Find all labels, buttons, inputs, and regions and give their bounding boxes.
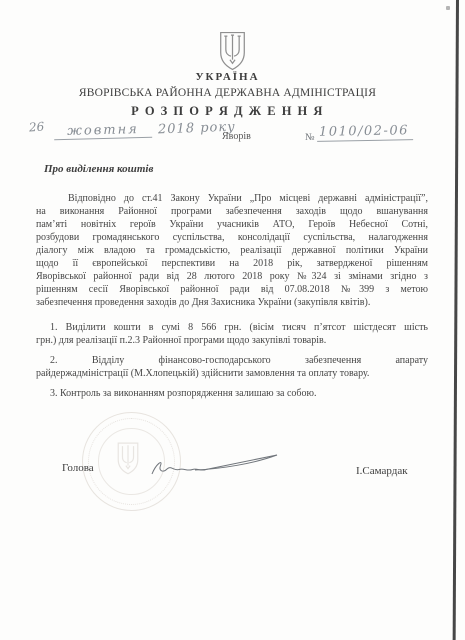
body-line: розбудови громадянського суспільства, ко… (36, 231, 428, 244)
item-1-paragraph: 1. Виділити кошти в сумі 8 566 грн. (віс… (36, 321, 428, 347)
scan-speck (446, 6, 450, 10)
handwritten-day: 26 (29, 119, 45, 134)
body-line: рішенням сесії Яворівської районної ради… (36, 283, 428, 296)
body-line: 1. Виділити кошти в сумі 8 566 грн. (віс… (36, 321, 428, 334)
city-label: Яворів (222, 131, 251, 142)
seal-trident-icon (115, 441, 141, 475)
body-line: Яворівської районної ради від 28 лютого … (36, 270, 428, 283)
body-line: щодо її європейської перспективи на 2018… (36, 257, 428, 270)
organization-title: ЯВОРІВСЬКА РАЙОННА ДЕРЖАВНА АДМІНІСТРАЦІ… (0, 87, 455, 99)
document-type-title: Р О З П О Р Я Д Ж Е Н Н Я (0, 104, 455, 119)
item-3-paragraph: 3. Контроль за виконанням розпорядження … (36, 387, 428, 400)
body-line: 3. Контроль за виконанням розпорядження … (36, 387, 428, 400)
signer-name: І.Самардак (356, 465, 408, 477)
body-line: 2. Відділу фінансово-господарського забе… (36, 354, 428, 367)
subject-line: Про виділення коштів (44, 163, 153, 175)
body-line: пам’яті новітніх героїв України учасникі… (36, 218, 428, 231)
body-line: райдержадміністрації (М.Хлопецькій) здій… (36, 367, 428, 380)
body-line: забезпечення проведення заходів до Дня З… (36, 296, 428, 309)
country-title: УКРАЇНА (0, 71, 455, 83)
intro-paragraph: Відповідно до ст.41 Закону України „Про … (36, 192, 428, 309)
body-line: діалогу між владою та громадськістю, реа… (36, 244, 428, 257)
handwritten-document-number: 1010/02-06 (317, 123, 413, 142)
body-line: грн.) для реалізації п.2.3 Районної прог… (36, 334, 428, 347)
number-sign-label: № (305, 132, 315, 143)
item-2-paragraph: 2. Відділу фінансово-господарського забе… (36, 354, 428, 380)
ukraine-trident-icon (217, 30, 248, 71)
handwritten-month: жовтня (54, 122, 152, 141)
body-line: на виконання Районної програми забезпече… (36, 205, 428, 218)
body-line: Відповідно до ст.41 Закону України „Про … (36, 192, 428, 205)
handwritten-signature (146, 447, 291, 488)
signer-title: Голова (62, 462, 94, 474)
scanned-decree-document: УКРАЇНА ЯВОРІВСЬКА РАЙОННА ДЕРЖАВНА АДМІ… (0, 0, 465, 640)
